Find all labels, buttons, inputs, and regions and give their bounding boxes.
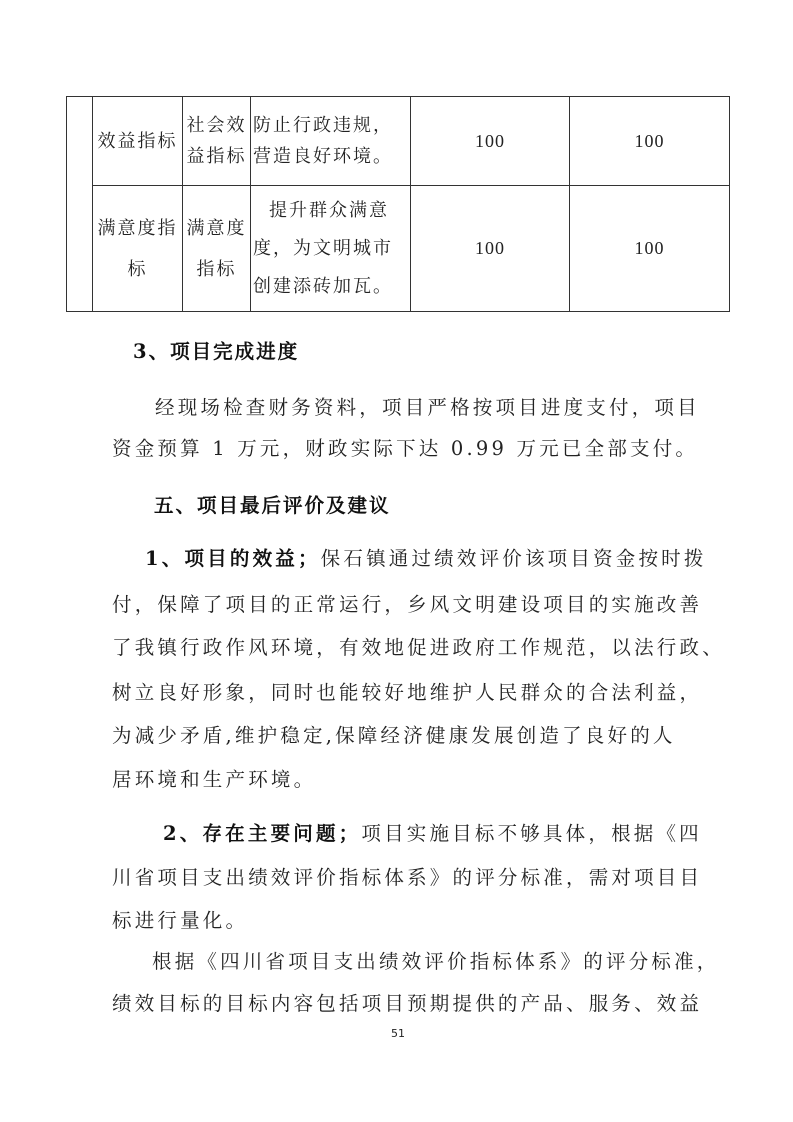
cell-text-line: 指标 (183, 254, 250, 285)
paragraph-line: 树立良好形象，同时也能较好地维护人民群众的合法利益， (112, 677, 702, 705)
performance-indicator-table: 效益指标 社会效 益指标 防止行政违规， 营造良好环境。 100 100 满意度… (66, 96, 730, 312)
paragraph-line: 绩效目标的目标内容包括项目预期提供的产品、服务、效益 (112, 988, 702, 1016)
paragraph-line: 了我镇行政作风环境，有效地促进政府工作规范，以法行政、 (112, 632, 725, 660)
cell-text-line: 营造良好环境。 (253, 141, 410, 172)
table-cell-subcategory: 满意度 指标 (183, 186, 251, 312)
paragraph-line: 资金预算 1 万元，财政实际下达 0.99 万元已全部支付。 (112, 433, 698, 461)
table-cell-category: 满意度指 标 (93, 186, 183, 312)
table-cell-subcategory: 社会效 益指标 (183, 97, 251, 186)
table-cell-description: 提升群众满意 度，为文明城市 创建添砖加瓦。 (251, 186, 411, 312)
cell-text-line: 提升群众满意 (253, 192, 410, 230)
paragraph-line: 居环境和生产环境。 (112, 764, 316, 792)
section-heading: 五、项目最后评价及建议 (154, 490, 391, 518)
cell-text-line: 创建添砖加瓦。 (253, 268, 410, 306)
table-row: 满意度指 标 满意度 指标 提升群众满意 度，为文明城市 创建添砖加瓦。 100… (67, 186, 730, 312)
table-cell-actual: 100 (570, 97, 730, 186)
paragraph-line: 经现场检查财务资料，项目严格按项目进度支付，项目 (155, 392, 700, 420)
table-cell-target: 100 (411, 97, 570, 186)
section-heading: 3、项目完成进度 (133, 336, 299, 364)
table-cell-blank (67, 97, 93, 312)
paragraph-line: 川省项目支出绩效评价指标体系》的评分标准，需对项目目 (112, 862, 702, 890)
document-page: 效益指标 社会效 益指标 防止行政违规， 营造良好环境。 100 100 满意度… (0, 0, 793, 1122)
cell-text-line: 益指标 (183, 141, 250, 172)
cell-text-line: 防止行政违规， (253, 110, 410, 141)
cell-text-line: 满意度指 (93, 213, 182, 244)
page-number: 51 (391, 1027, 405, 1040)
paragraph-line: 2、存在主要问题；项目实施目标不够具体，根据《四 (163, 818, 702, 846)
table-cell-actual: 100 (570, 186, 730, 312)
point-label: 2、存在主要问题； (163, 822, 361, 845)
paragraph-line: 标进行量化。 (112, 905, 248, 933)
paragraph-line: 为减少矛盾,维护稳定,保障经济健康发展创造了良好的人 (112, 720, 676, 748)
cell-text-line: 标 (93, 254, 182, 285)
point-label: 1、项目的效益； (145, 547, 321, 570)
paragraph-text: 保石镇通过绩效评价该项目资金按时拨 (321, 547, 707, 570)
table-row: 效益指标 社会效 益指标 防止行政违规， 营造良好环境。 100 100 (67, 97, 730, 186)
paragraph-line: 1、项目的效益；保石镇通过绩效评价该项目资金按时拨 (145, 543, 707, 571)
cell-text-line: 满意度 (183, 213, 250, 244)
cell-text-line: 社会效 (183, 110, 250, 141)
table-cell-target: 100 (411, 186, 570, 312)
cell-text-line: 度，为文明城市 (253, 230, 410, 268)
paragraph-line: 根据《四川省项目支出绩效评价指标体系》的评分标准， (152, 946, 720, 974)
table-cell-description: 防止行政违规， 营造良好环境。 (251, 97, 411, 186)
table-cell-category: 效益指标 (93, 97, 183, 186)
paragraph-text: 项目实施目标不够具体，根据《四 (361, 822, 702, 845)
paragraph-line: 付，保障了项目的正常运行，乡风文明建设项目的实施改善 (112, 589, 702, 617)
